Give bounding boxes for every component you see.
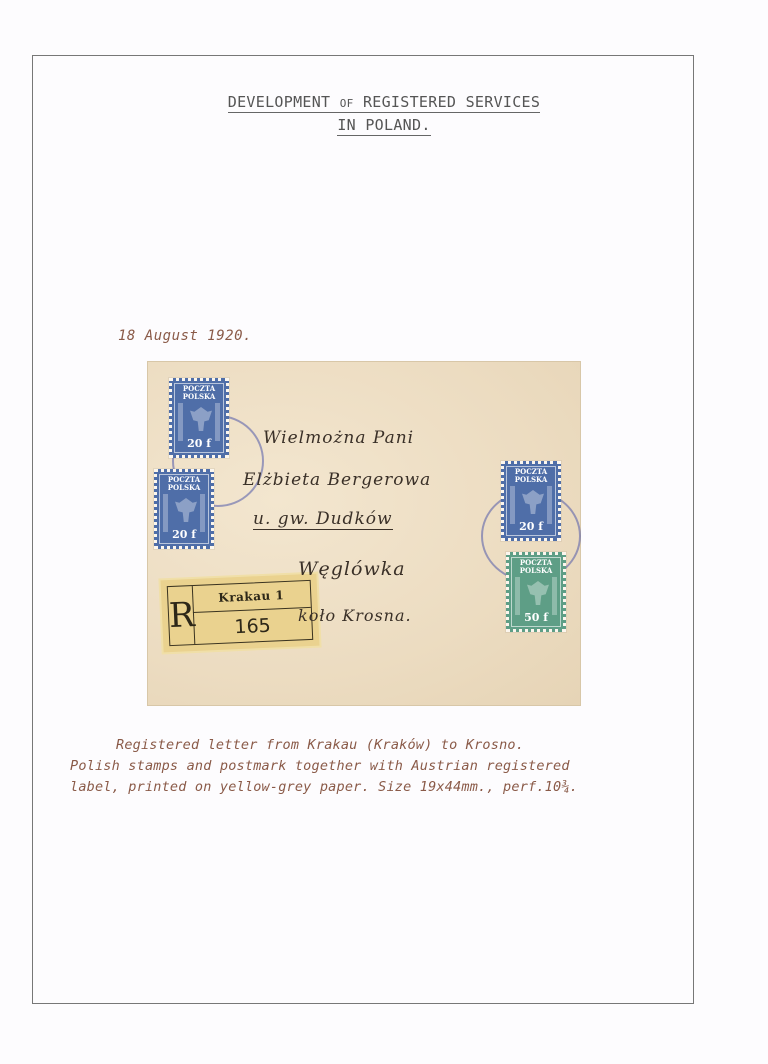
page-title: DEVELOPMENT OF REGISTERED SERVICES [0,93,768,111]
caption-line-2: Polish stamps and postmark together with… [70,756,670,777]
address-line-3: u. gw. Dudków [253,509,393,530]
stamp-header: POCZTA POLSKA [504,468,558,484]
registration-number: 165 [193,608,312,644]
stamp-value: 50 f [509,611,563,624]
stamp-20f-right: POCZTA POLSKA 20 f [501,461,561,541]
stamp-50f-right: POCZTA POLSKA 50 f [506,552,566,632]
address-line-4: Węglówka [298,558,406,580]
stamp-header: POCZTA POLSKA [157,476,211,492]
caption-line-1: Registered letter from Krakau (Kraków) t… [70,735,670,756]
stamp-header: POCZTA POLSKA [509,559,563,575]
subtitle-text: IN POLAND. [337,116,430,136]
stamp-value: 20 f [157,528,211,541]
address-line-1: Wielmożna Pani [263,428,414,448]
stamp-20f-top-left: POCZTA POLSKA 20 f [169,378,229,458]
stamp-value: 20 f [504,520,558,533]
title-word-development: DEVELOPMENT [228,93,331,111]
address-line-2: Elżbieta Bergerowa [243,470,431,490]
caption-line-3: label, printed on yellow-grey paper. Siz… [70,777,670,798]
page-subtitle: IN POLAND. [0,116,768,134]
envelope-cover: POCZTA POLSKA 20 f POCZTA POLSKA 20 f PO… [147,361,581,706]
address-line-5: koło Krosna. [298,606,412,625]
cover-date: 18 August 1920. [118,328,252,344]
stamp-20f-bottom-left: POCZTA POLSKA 20 f [154,469,214,549]
cover-description: Registered letter from Krakau (Kraków) t… [70,735,670,798]
title-word-registered-services: REGISTERED SERVICES [363,93,540,111]
title-word-of: OF [340,97,354,110]
stamp-header: POCZTA POLSKA [172,385,226,401]
stamp-value: 20 f [172,437,226,450]
registration-label: R Krakau 1 165 [161,574,320,653]
